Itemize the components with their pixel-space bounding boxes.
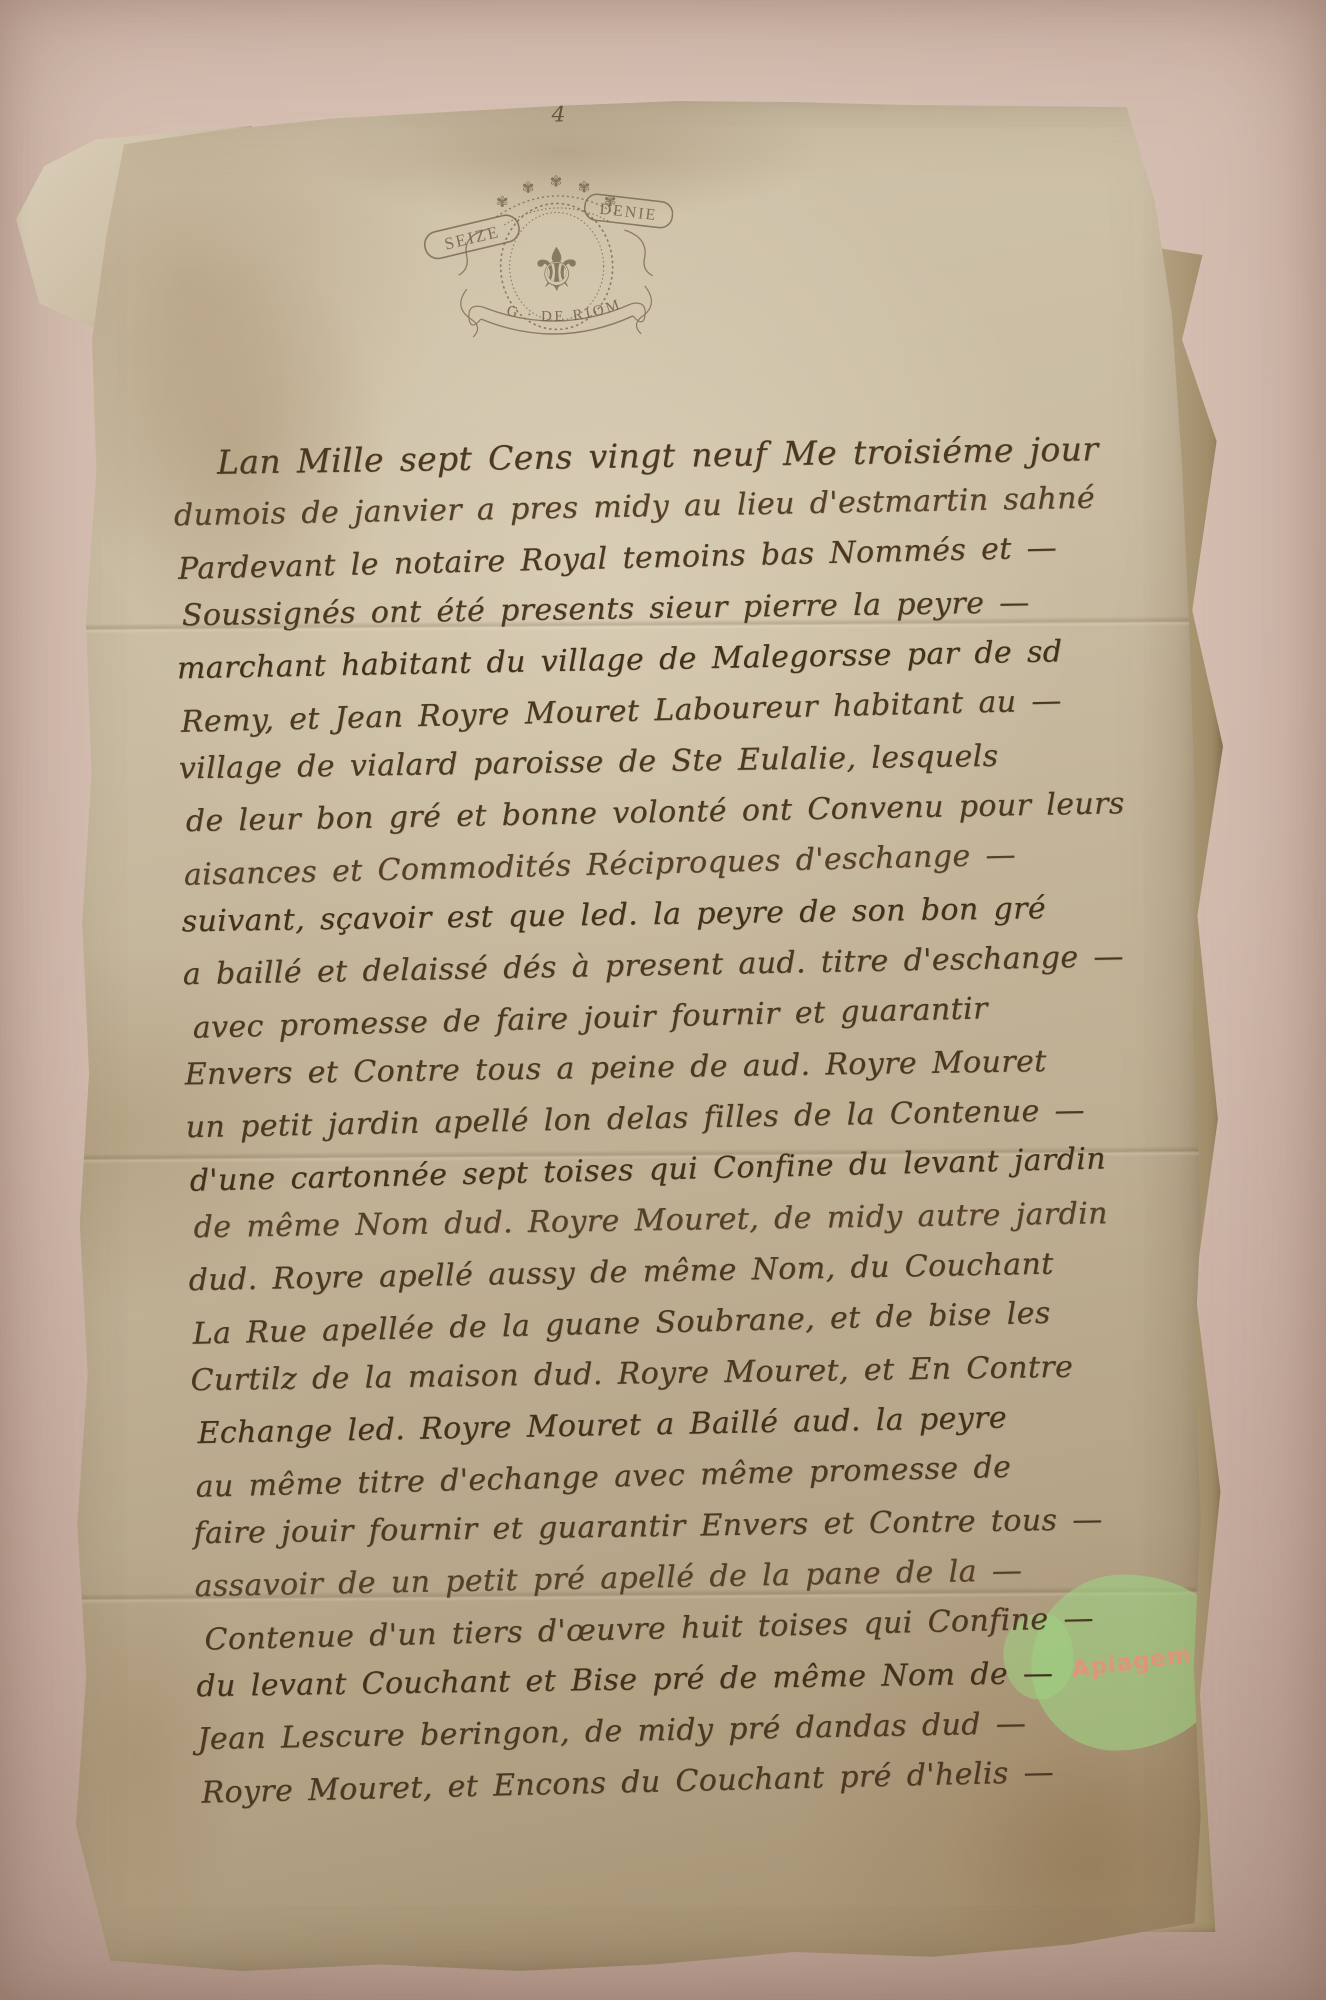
crown-rosettes-icon: ✾✾✾✾✾ [496,174,617,211]
photo-backdrop: 4 ✾✾✾✾✾ [0,0,1326,2000]
manuscript-text: Lan Mille sept Cens vingt neuf Me troisi… [172,420,1206,1816]
svg-text:✾: ✾ [522,181,535,197]
svg-text:✾: ✾ [578,180,591,196]
stamp-left-banner: SEIZE [422,213,522,262]
document-page: 4 ✾✾✾✾✾ [45,88,1208,1976]
fleur-de-lis-icon: ⚜ [530,237,584,303]
page-number: 4 [552,102,566,127]
stamp-left-banner-label: SEIZE [443,222,502,254]
svg-text:✾: ✾ [550,174,563,190]
svg-text:✾: ✾ [496,195,509,211]
stamp-right-banner: DENIE [583,193,673,229]
tax-stamp: ✾✾✾✾✾ ⚜ SEIZE DENIE G · DE RIOM [418,158,674,350]
